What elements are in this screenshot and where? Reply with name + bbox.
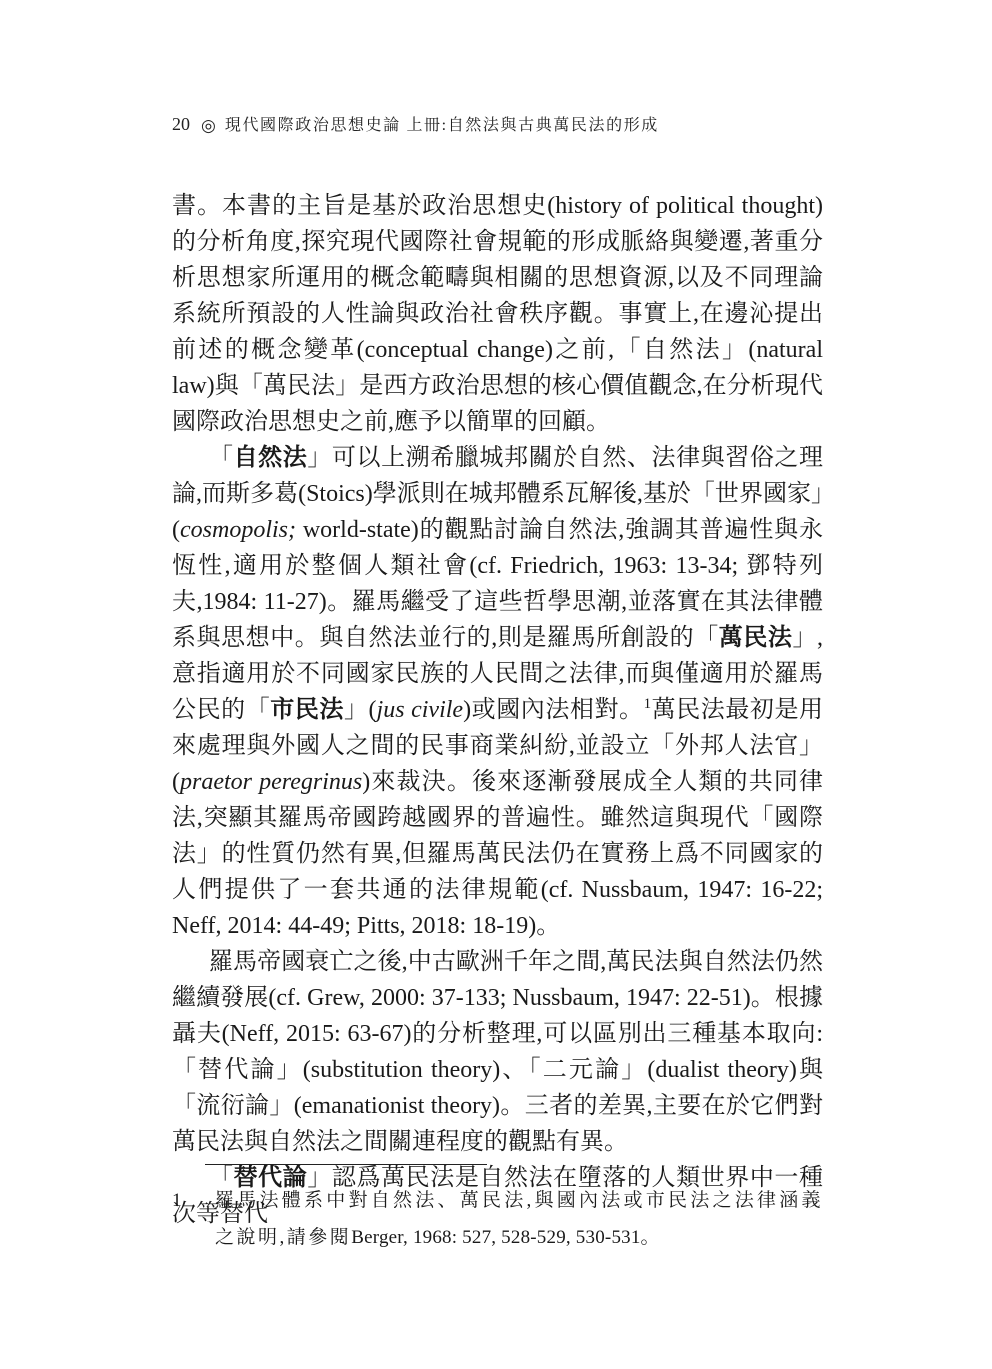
double-circle-icon: ◎ — [201, 116, 216, 136]
text-run: cosmopolis; — [180, 517, 296, 543]
paragraph: 「自然法」可以上溯希臘城邦關於自然、法律與習俗之理論,而斯多葛(Stoics)學… — [172, 440, 823, 944]
paragraph: 書。本書的主旨是基於政治思想史(history of political tho… — [172, 188, 823, 440]
running-header: 20 ◎ 現代國際政治思想史論 上冊:自然法與古典萬民法的形成 — [172, 112, 832, 135]
footnote: 1 羅馬法體系中對自然法、萬民法,與國內法或市民法之法律涵義之說明,請參閱Ber… — [172, 1182, 823, 1256]
text-run: 自然法 — [234, 445, 308, 471]
footnote-marker: 1 — [172, 1182, 215, 1219]
book-page: 20 ◎ 現代國際政治思想史論 上冊:自然法與古典萬民法的形成 書。本書的主旨是… — [0, 0, 992, 1369]
text-run: jus civile — [377, 697, 464, 723]
text-run: )或國內法相對。 — [463, 697, 644, 723]
footnote-text: 羅馬法體系中對自然法、萬民法,與國內法或市民法之法律涵義之說明,請參閱Berge… — [215, 1182, 823, 1256]
text-run: praetor peregrinus — [180, 769, 362, 795]
text-run: Berger, 1968: 527, 528-529, 530-531 — [351, 1227, 640, 1248]
text-run: 「 — [209, 445, 234, 471]
paragraph: 羅馬帝國衰亡之後,中古歐洲千年之間,萬民法與自然法仍然繼續發展(cf. Grew… — [172, 944, 823, 1160]
body-text: 書。本書的主旨是基於政治思想史(history of political tho… — [172, 188, 823, 1232]
page-number: 20 — [172, 114, 190, 135]
text-run: 。 — [641, 1227, 663, 1248]
footnote-separator — [205, 1164, 487, 1165]
footnote-ref: 1 — [644, 696, 652, 712]
text-run: 羅馬帝國衰亡之後,中古歐洲千年之間,萬民法與自然法仍然繼續發展(cf. Grew… — [172, 949, 823, 1155]
text-run: 」( — [344, 697, 377, 723]
text-run: 書。本書的主旨是基於政治思想史(history of political tho… — [172, 193, 823, 435]
text-run: 萬民法 — [719, 625, 793, 651]
running-title: 現代國際政治思想史論 上冊:自然法與古典萬民法的形成 — [225, 112, 659, 135]
text-run: 市民法 — [270, 697, 344, 723]
